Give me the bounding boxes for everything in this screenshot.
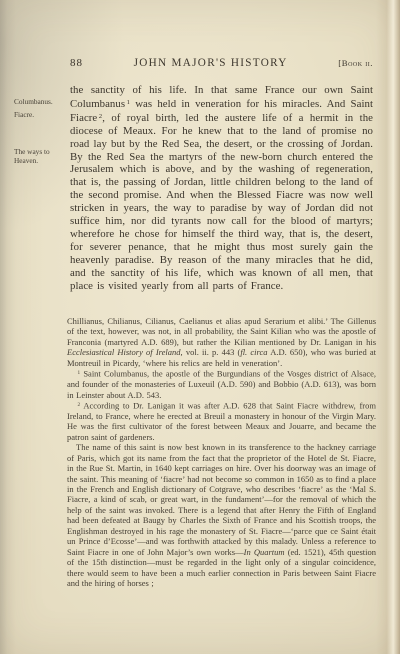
- margin-note-fiacre: Fiacre.: [14, 110, 68, 119]
- page-edge-right: [376, 0, 400, 654]
- page-number: 88: [70, 57, 83, 69]
- footnote-2: 2 According to Dr. Lanigan it was after …: [67, 400, 376, 442]
- book-reference: [Book ii.: [338, 58, 373, 68]
- margin-note-ways-to-heaven: The ways to Heaven.: [14, 147, 68, 165]
- running-header: 88 JOHN MAJOR'S HISTORY [Book ii.: [70, 57, 373, 69]
- footnote-1: 1 Saint Columbanus, the apostle of the B…: [67, 368, 376, 400]
- footnote-continuation: Chillianus, Chilianus, Cilianus, Caelian…: [67, 316, 376, 368]
- main-text-paragraph: the sanctity of his life. In that same F…: [70, 84, 373, 293]
- book-page: 88 JOHN MAJOR'S HISTORY [Book ii. Columb…: [0, 0, 400, 654]
- margin-note-columbanus: Columbanus.: [14, 97, 68, 106]
- footnotes-section: Chillianus, Chilianus, Cilianus, Caelian…: [67, 316, 376, 589]
- footnote-editorial-note: The name of this saint is now best known…: [67, 442, 376, 588]
- page-title: JOHN MAJOR'S HISTORY: [83, 57, 338, 69]
